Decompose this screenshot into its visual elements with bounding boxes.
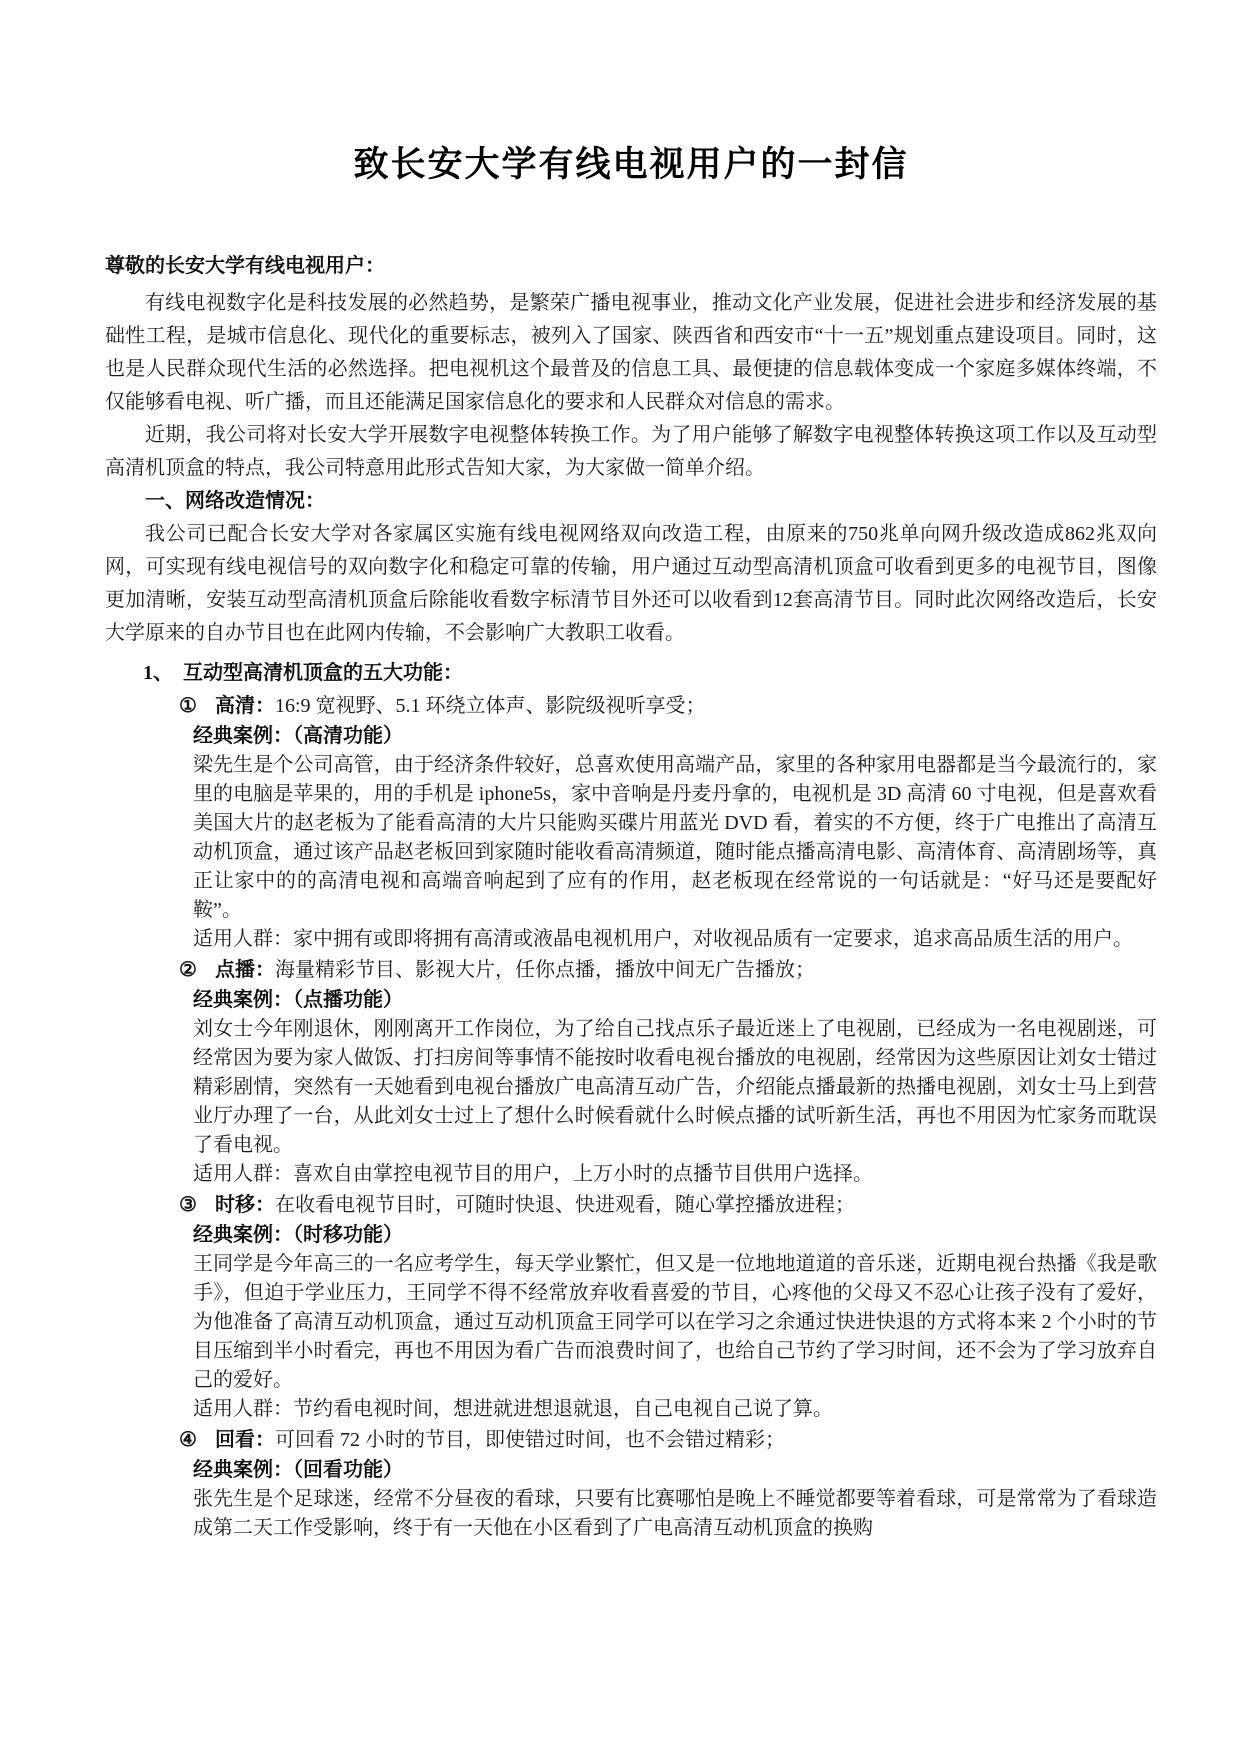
feature-item-vod: ② 点播：海量精彩节目、影视大片，任你点播，播放中间无广告播放； 经典案例：（点… [179,955,1157,1189]
salutation: 尊敬的长安大学有线电视用户： [105,250,1157,283]
feature-label: 回看： [215,1429,275,1451]
case-body: 梁先生是个公司高管，由于经济条件较好，总喜欢使用高端产品，家里的各种家用电器都是… [193,751,1157,925]
audience-line: 适用人群：喜欢自由掌控电视节目的用户，上万小时的点播节目供用户选择。 [193,1160,1157,1189]
feature-summary: 16:9 宽视野、5.1 环绕立体声、影院级视听享受； [275,695,706,717]
feature-summary: 可回看 72 小时的节目，即使错过时间，也不会错过精彩； [275,1429,785,1451]
feature-item-head: ③ 时移：在收看电视节目时，可随时快退、快进观看，随心掌控播放进程； [179,1190,1157,1220]
feature-item-text: 回看：可回看 72 小时的节目，即使错过时间，也不会错过精彩； [215,1425,1157,1455]
intro-paragraph-1: 有线电视数字化是科技发展的必然趋势，是繁荣广播电视事业，推动文化产业发展，促进社… [105,287,1157,419]
document-page: 致长安大学有线电视用户的一封信 尊敬的长安大学有线电视用户： 有线电视数字化是科… [0,0,1241,1754]
case-block: 经典案例：（回看功能） 张先生是个足球迷，经常不分昼夜的看球，只要有比赛哪怕是晚… [193,1455,1157,1543]
features-heading-number: 1、 [143,658,183,689]
feature-item-lookback: ④ 回看：可回看 72 小时的节目，即使错过时间，也不会错过精彩； 经典案例：（… [179,1425,1157,1543]
features-section: 1、 互动型高清机顶盒的五大功能： ① 高清：16:9 宽视野、5.1 环绕立体… [143,658,1157,1543]
feature-item-head: ④ 回看：可回看 72 小时的节目，即使错过时间，也不会错过精彩； [179,1425,1157,1455]
case-body: 王同学是今年高三的一名应考学生，每天学业繁忙，但又是一位地地道道的音乐迷，近期电… [193,1250,1157,1395]
case-heading: 经典案例：（时移功能） [193,1220,1157,1250]
feature-summary: 在收看电视节目时，可随时快退、快进观看，随心掌控播放进程； [275,1194,855,1216]
feature-label: 时移： [215,1194,275,1216]
circled-number-3: ③ [179,1190,215,1220]
section-body-network: 我公司已配合长安大学对各家属区实施有线电视网络双向改造工程，由原来的750兆单向… [105,518,1157,650]
feature-item-head: ② 点播：海量精彩节目、影视大片，任你点播，播放中间无广告播放； [179,955,1157,985]
audience-line: 适用人群：家中拥有或即将拥有高清或液晶电视机用户，对收视品质有一定要求，追求高品… [193,925,1157,954]
intro-paragraph-2: 近期，我公司将对长安大学开展数字电视整体转换工作。为了用户能够了解数字电视整体转… [105,419,1157,485]
feature-item-timeshift: ③ 时移：在收看电视节目时，可随时快退、快进观看，随心掌控播放进程； 经典案例：… [179,1190,1157,1424]
features-heading: 1、 互动型高清机顶盒的五大功能： [143,658,1157,689]
section-heading-network: 一、网络改造情况： [105,485,1157,518]
case-heading: 经典案例：（高清功能） [193,721,1157,751]
circled-number-1: ① [179,691,215,721]
feature-item-text: 高清：16:9 宽视野、5.1 环绕立体声、影院级视听享受； [215,691,1157,721]
document-title: 致长安大学有线电视用户的一封信 [105,142,1157,188]
feature-label: 点播： [215,959,275,981]
case-block: 经典案例：（时移功能） 王同学是今年高三的一名应考学生，每天学业繁忙，但又是一位… [193,1220,1157,1424]
case-block: 经典案例：（点播功能） 刘女士今年刚退休，刚刚离开工作岗位，为了给自己找点乐子最… [193,985,1157,1189]
feature-label: 高清： [215,695,275,717]
feature-item-hd: ① 高清：16:9 宽视野、5.1 环绕立体声、影院级视听享受； 经典案例：（高… [179,691,1157,954]
circled-number-4: ④ [179,1425,215,1455]
circled-number-2: ② [179,955,215,985]
feature-item-head: ① 高清：16:9 宽视野、5.1 环绕立体声、影院级视听享受； [179,691,1157,721]
audience-line: 适用人群：节约看电视时间，想进就进想退就退，自己电视自己说了算。 [193,1395,1157,1424]
feature-item-text: 时移：在收看电视节目时，可随时快退、快进观看，随心掌控播放进程； [215,1190,1157,1220]
features-heading-text: 互动型高清机顶盒的五大功能： [183,658,463,689]
case-body: 张先生是个足球迷，经常不分昼夜的看球，只要有比赛哪怕是晚上不睡觉都要等着看球，可… [193,1485,1157,1543]
case-heading: 经典案例：（回看功能） [193,1455,1157,1485]
case-heading: 经典案例：（点播功能） [193,985,1157,1015]
feature-item-text: 点播：海量精彩节目、影视大片，任你点播，播放中间无广告播放； [215,955,1157,985]
feature-summary: 海量精彩节目、影视大片，任你点播，播放中间无广告播放； [275,959,815,981]
case-block: 经典案例：（高清功能） 梁先生是个公司高管，由于经济条件较好，总喜欢使用高端产品… [193,721,1157,954]
case-body: 刘女士今年刚退休，刚刚离开工作岗位，为了给自己找点乐子最近迷上了电视剧，已经成为… [193,1015,1157,1160]
